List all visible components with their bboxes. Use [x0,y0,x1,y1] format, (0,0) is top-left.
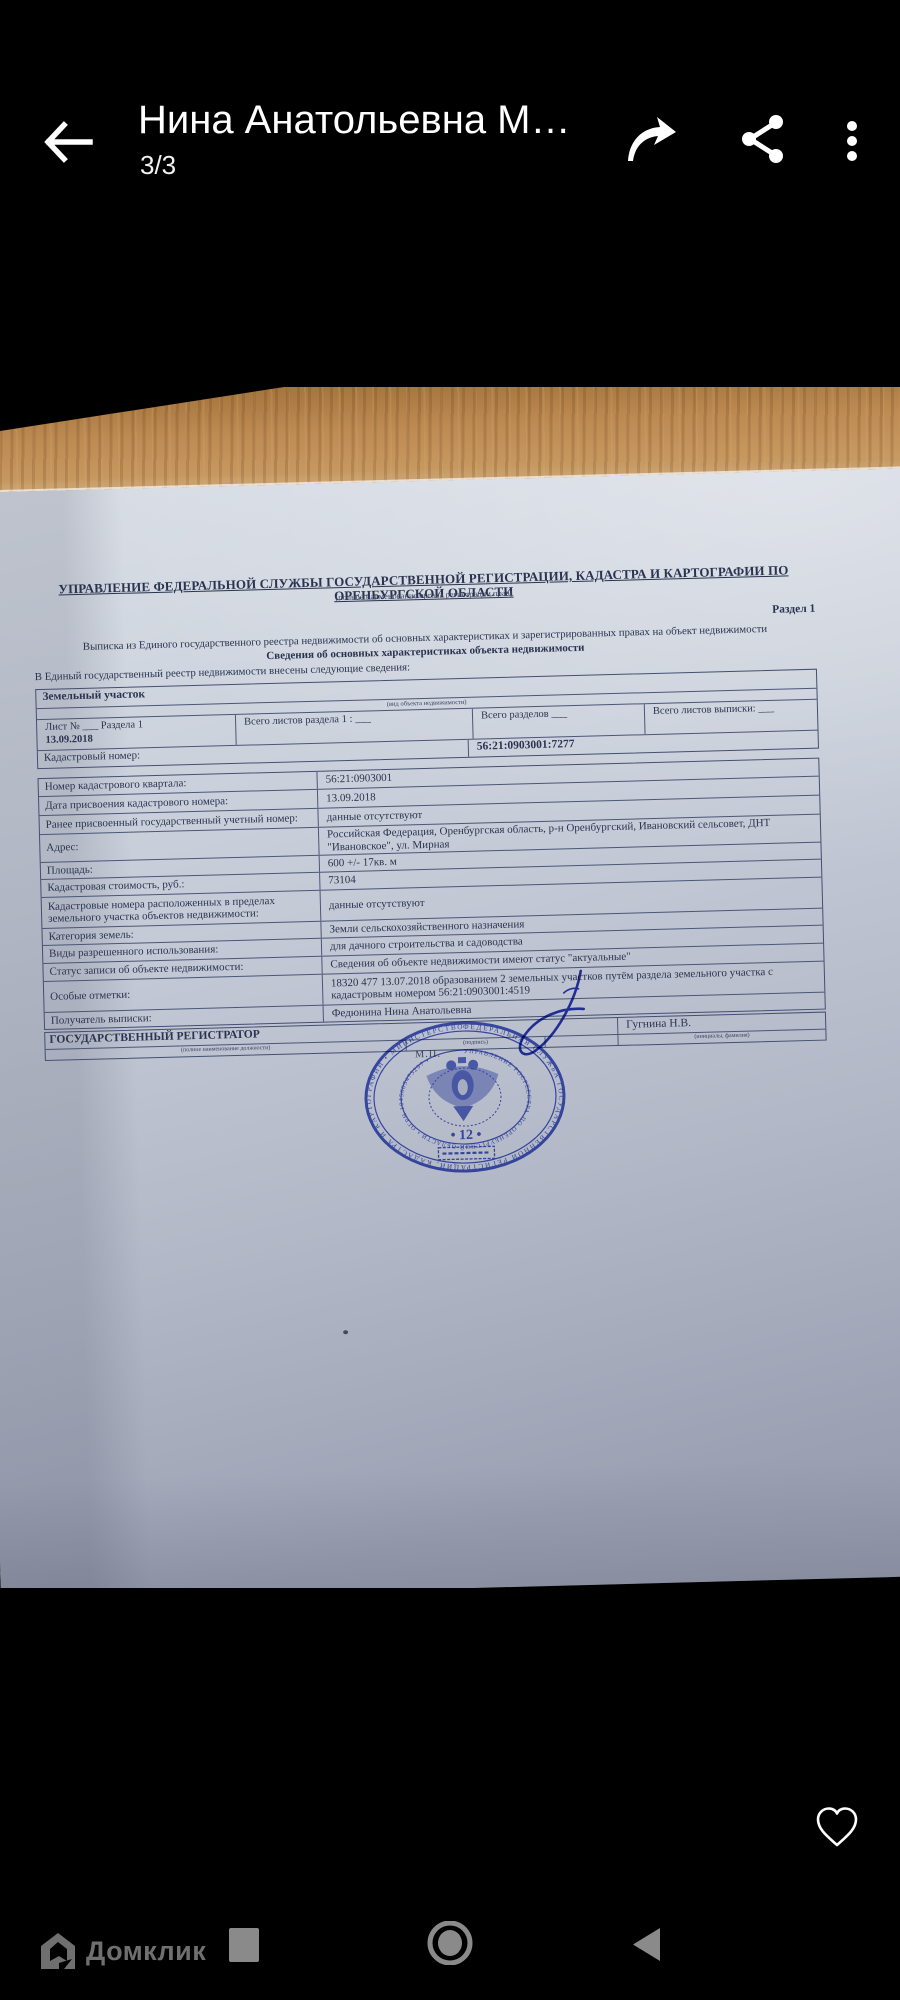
viewer-title: Нина Анатольевна М… [138,98,608,142]
share-icon [740,113,786,163]
photo-viewer-screen: Нина Анатольевна М… 3/3 [0,0,900,2000]
sheet-cell: Лист № ___ Раздела 1 13.09.2018 [37,715,236,750]
back-triangle-icon [633,1928,660,1961]
favorite-button[interactable] [813,1804,863,1854]
document-photo[interactable]: УПРАВЛЕНИЕ ФЕДЕРАЛЬНОЙ СЛУЖБЫ ГОСУДАРСТВ… [0,383,900,1588]
sheet-cell: Всего листов выписки: ___ [644,700,818,735]
kebab-menu-icon [832,113,872,167]
object-table: Земельный участок (вид объекта недвижимо… [35,669,819,769]
more-options-button[interactable] [832,113,872,167]
home-circle-icon [427,1921,473,1965]
android-home-button[interactable] [427,1921,473,1965]
registrar-signature [443,964,606,1078]
sheet-number: Лист № ___ Раздела 1 [45,719,143,733]
sheet-cell: Всего разделов ___ [472,704,645,738]
paper-speck [343,1330,348,1334]
arrow-left-icon [40,120,96,164]
sheet-cell: Всего листов раздела 1 : ___ [235,709,473,745]
egrn-extract-document: УПРАВЛЕНИЕ ФЕДЕРАЛЬНОЙ СЛУЖБЫ ГОСУДАРСТВ… [0,468,900,1588]
photo-counter: 3/3 [140,150,176,181]
stamp-number: • 12 • [450,1128,481,1144]
heart-outline-icon [813,1804,861,1850]
characteristics-table: Номер кадастрового квартала:56:21:090300… [38,758,826,1030]
forward-button[interactable] [624,113,678,167]
back-button[interactable] [40,120,96,164]
document-paper: УПРАВЛЕНИЕ ФЕДЕРАЛЬНОЙ СЛУЖБЫ ГОСУДАРСТВ… [0,468,900,1588]
top-app-bar: Нина Анатольевна М… 3/3 [0,0,900,240]
android-recents-button[interactable] [229,1928,259,1962]
share-button[interactable] [740,113,794,167]
android-back-button[interactable] [633,1928,660,1961]
sheet-date: 13.09.2018 [45,730,235,746]
domclick-house-icon [38,1930,78,1972]
domclick-brand-text: Домклик [86,1936,206,1967]
forward-arrow-icon [624,113,678,165]
domclick-watermark: Домклик [38,1930,206,1972]
